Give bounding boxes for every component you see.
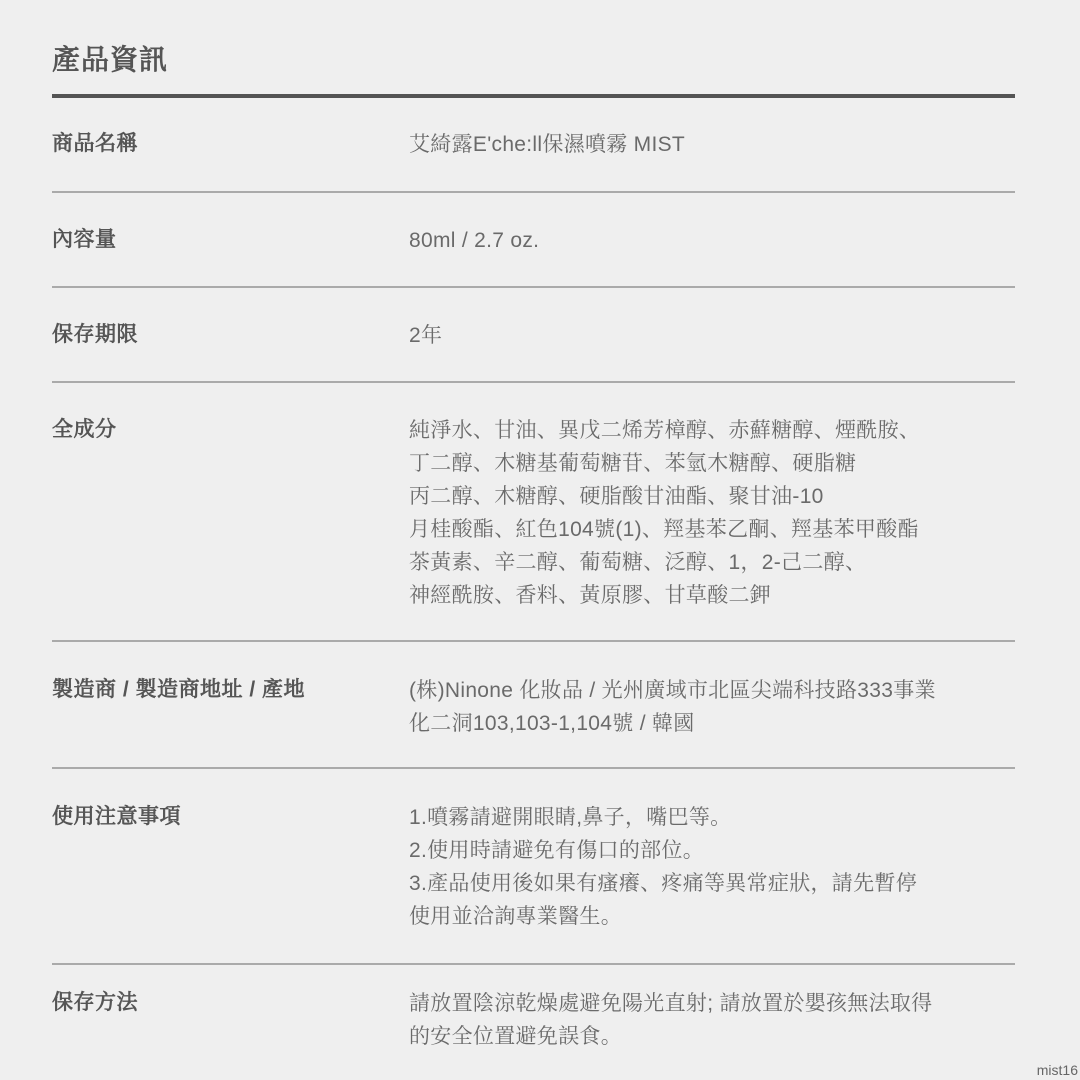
value-line: 化二洞103,103-1,104號 / 韓國	[409, 707, 1009, 740]
value-line: 1.噴霧請避開眼睛,鼻子，嘴巴等。	[409, 801, 1009, 834]
value-line: 艾綺露E'che:ll保濕噴霧 MIST	[409, 128, 1009, 161]
row-value: 1.噴霧請避開眼睛,鼻子，嘴巴等。 2.使用時請避免有傷口的部位。 3.產品使用…	[409, 801, 1009, 933]
row-value: 請放置陰涼乾燥處避免陽光直射; 請放置於嬰孩無法取得 的安全位置避免誤食。	[409, 987, 1009, 1053]
row-label: 保存方法	[52, 987, 138, 1019]
value-line: 2.使用時請避免有傷口的部位。	[409, 834, 1009, 867]
row-divider	[52, 767, 1015, 769]
row-value: (株)Ninone 化妝品 / 光州廣域市北區尖端科技路333事業 化二洞103…	[409, 674, 1009, 740]
value-line: 丙二醇、木糖醇、硬脂酸甘油酯、聚甘油-10	[409, 480, 1009, 513]
row-value: 2年	[409, 319, 1009, 352]
value-line: 2年	[409, 319, 1009, 352]
value-line: 的安全位置避免誤食。	[409, 1020, 1009, 1053]
row-label: 保存期限	[52, 319, 138, 351]
row-label: 製造商 / 製造商地址 / 產地	[52, 674, 305, 706]
row-value: 純淨水、甘油、異戊二烯芳樟醇、赤蘚糖醇、煙酰胺、 丁二醇、木糖基葡萄糖苷、苯氫木…	[409, 414, 1009, 612]
row-label: 全成分	[52, 414, 117, 446]
value-line: 神經酰胺、香料、黃原膠、甘草酸二鉀	[409, 579, 1009, 612]
value-line: 使用並洽詢專業醫生。	[409, 900, 1009, 933]
value-line: (株)Ninone 化妝品 / 光州廣域市北區尖端科技路333事業	[409, 674, 1009, 707]
row-divider	[52, 191, 1015, 193]
value-line: 純淨水、甘油、異戊二烯芳樟醇、赤蘚糖醇、煙酰胺、	[409, 414, 1009, 447]
row-divider	[52, 286, 1015, 288]
page-title: 產品資訊	[52, 38, 168, 82]
value-line: 月桂酸酯、紅色104號(1)、羥基苯乙酮、羥基苯甲酸酯	[409, 513, 1009, 546]
value-line: 茶黃素、辛二醇、葡萄糖、泛醇、1，2-己二醇、	[409, 546, 1009, 579]
row-divider	[52, 381, 1015, 383]
row-divider	[52, 640, 1015, 642]
row-value: 艾綺露E'che:ll保濕噴霧 MIST	[409, 128, 1009, 161]
value-line: 80ml / 2.7 oz.	[409, 224, 1009, 257]
value-line: 3.產品使用後如果有瘙癢、疼痛等異常症狀，請先暫停	[409, 867, 1009, 900]
row-label: 使用注意事項	[52, 801, 181, 833]
row-divider	[52, 963, 1015, 965]
title-rule	[52, 94, 1015, 98]
row-label: 內容量	[52, 224, 117, 256]
image-code-label: mist16	[1037, 1062, 1078, 1078]
value-line: 請放置陰涼乾燥處避免陽光直射; 請放置於嬰孩無法取得	[409, 987, 1009, 1020]
row-value: 80ml / 2.7 oz.	[409, 224, 1009, 257]
value-line: 丁二醇、木糖基葡萄糖苷、苯氫木糖醇、硬脂糖	[409, 447, 1009, 480]
row-label: 商品名稱	[52, 128, 138, 160]
